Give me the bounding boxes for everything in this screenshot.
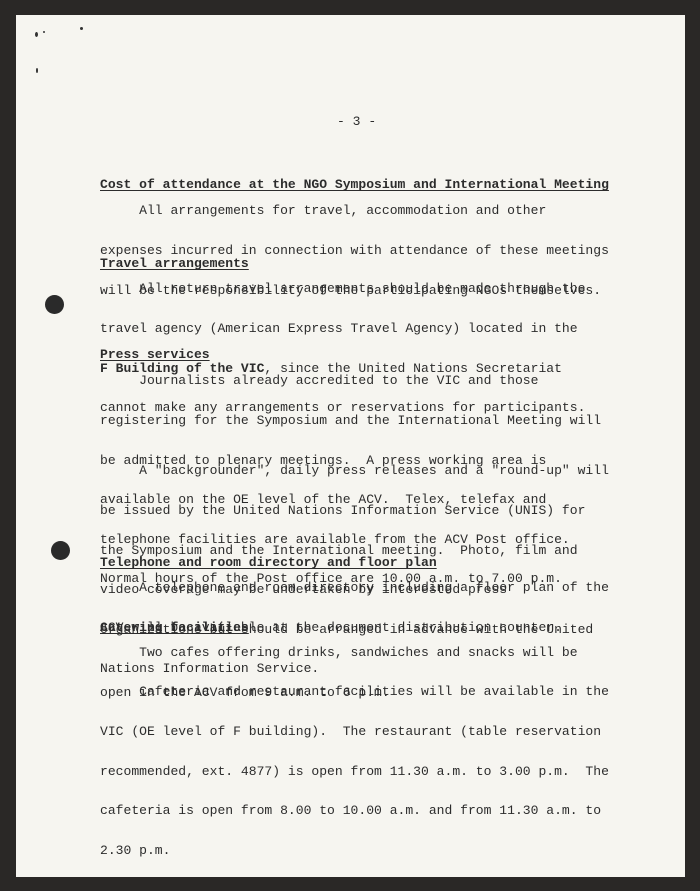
scan-speck <box>35 32 38 37</box>
paragraph: Cafeteria and restaurant facilities will… <box>100 659 609 883</box>
scan-speck <box>80 27 83 30</box>
document-body: - 3 - Cost of attendance at the NGO Symp… <box>100 15 660 345</box>
text-line: A "backgrounder", daily press releases a… <box>100 464 609 477</box>
document-page: - 3 - Cost of attendance at the NGO Symp… <box>16 15 685 877</box>
punch-hole-bottom <box>51 541 70 560</box>
text-line: registering for the Symposium and the In… <box>100 414 601 427</box>
text-line: VIC (OE level of F building). The restau… <box>100 725 609 738</box>
text-line: Cafeteria and restaurant facilities will… <box>100 685 609 698</box>
scan-speck <box>36 68 38 73</box>
text-line: All arrangements for travel, accommodati… <box>100 204 609 217</box>
scan-speck <box>43 31 45 33</box>
text-line: 2.30 p.m. <box>100 844 609 857</box>
punch-hole-top <box>45 295 64 314</box>
text-line: Journalists already accredited to the VI… <box>100 374 601 387</box>
text-line: Two cafes offering drinks, sandwiches an… <box>100 646 578 659</box>
text-line: be issued by the United Nations Informat… <box>100 504 609 517</box>
text-line: A telephone and room directory including… <box>100 581 609 594</box>
page-number: - 3 - <box>100 115 660 128</box>
text-line: recommended, ext. 4877) is open from 11.… <box>100 765 609 778</box>
text-line: cafeteria is open from 8.00 to 10.00 a.m… <box>100 804 609 817</box>
text-line: All return travel arrangements should be… <box>100 282 585 295</box>
